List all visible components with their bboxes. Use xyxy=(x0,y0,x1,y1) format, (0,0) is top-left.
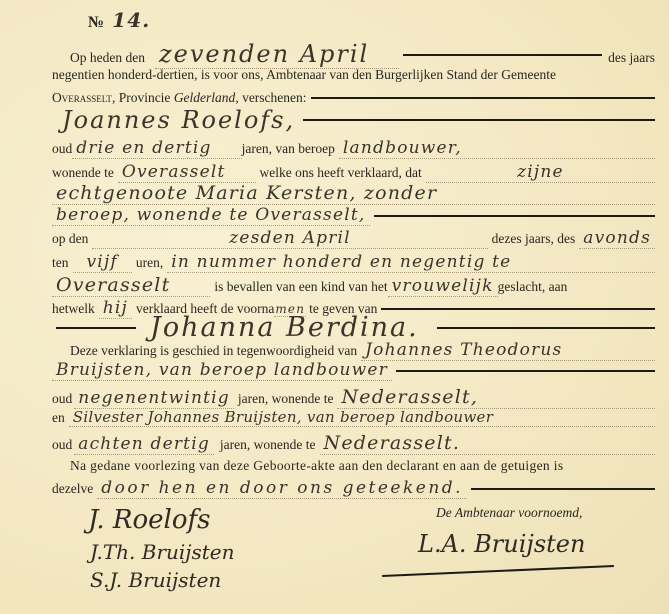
line-witness-1-age: oud negenentwintig jaren, wonende te Ned… xyxy=(52,386,655,409)
mother-residence: beroep, wonende te Overasselt, xyxy=(52,205,370,226)
fill-rule xyxy=(56,327,136,329)
municipality-name: Overasselt xyxy=(52,90,112,106)
fill-rule xyxy=(374,215,656,217)
line-municipality: Overasselt , Provincie Gelderland , vers… xyxy=(52,90,655,106)
declarant-age: drie en dertig xyxy=(72,138,241,159)
line-birth-hour: ten vijf uren, in nummer honderd en nege… xyxy=(52,252,655,273)
signature-witness-2: S.J. Bruijsten xyxy=(90,568,221,592)
province-name: Gelderland xyxy=(174,90,236,106)
declarant-name: Joannes Roelofs, xyxy=(58,106,299,134)
witness-2-residence: Nederasselt. xyxy=(320,432,655,455)
line-year-official: negentien honderd-dertien, is voor ons, … xyxy=(52,67,655,83)
line-declarant-age: oud drie en dertig jaren, van beroep lan… xyxy=(52,138,655,159)
printed-text: oud xyxy=(52,391,72,407)
line-witness-2: en Silvester Johannes Bruijsten, van ber… xyxy=(52,408,655,427)
birth-hour: vijf xyxy=(73,252,132,273)
printed-text: Op heden den xyxy=(70,50,145,66)
printed-text: oud xyxy=(52,141,72,157)
printed-text: welke ons heeft verklaard, dat xyxy=(260,165,422,181)
signature-underline xyxy=(382,565,614,577)
witness-2-name-occupation: Silvester Johannes Bruijsten, van beroep… xyxy=(69,408,655,427)
fill-rule xyxy=(303,119,655,121)
witness-1-residence: Nederasselt, xyxy=(337,386,655,409)
handwritten-text: zijne xyxy=(426,162,655,183)
child-sex: vrouwelijk xyxy=(388,276,498,297)
line-signed-statement: dezelve door hen en door ons geteekend. xyxy=(52,478,655,499)
fill-rule xyxy=(437,327,655,329)
printed-text: des jaars xyxy=(608,50,655,66)
certificate-number: № 14. xyxy=(88,8,154,32)
birth-place: in nummer honderd en negentig te xyxy=(167,252,655,273)
mother-name: echtgenoote Maria Kersten, zonder xyxy=(52,182,655,205)
birth-municipality: Overasselt xyxy=(52,274,210,297)
line-child-name: Johanna Berdina. xyxy=(52,312,655,343)
number-label: № xyxy=(88,14,104,31)
printed-text: oud xyxy=(52,437,72,453)
line-birth-date: op den zesden April dezes jaars, des avo… xyxy=(52,228,655,249)
printed-text: jaren, wonende te xyxy=(220,437,316,453)
printed-text: dezes jaars, des xyxy=(492,231,576,247)
birth-time-of-day: avonds xyxy=(579,228,655,249)
printed-text: en xyxy=(52,410,65,426)
printed-text: is bevallen van een kind van het xyxy=(214,279,387,295)
signature-official: L.A. Bruijsten xyxy=(418,530,585,558)
printed-text: jaren, van beroep xyxy=(242,141,335,157)
printed-text: geslacht, aan xyxy=(498,279,568,295)
signature-declarant: J. Roelofs xyxy=(88,505,210,535)
line-witness-2-age: oud achten dertig jaren, wonende te Nede… xyxy=(52,432,655,455)
line-child-sex: Overasselt is bevallen van een kind van … xyxy=(52,274,655,297)
line-declarant-name: Joannes Roelofs, xyxy=(58,106,655,134)
signing-statement: door hen en door ons geteekend. xyxy=(97,478,467,499)
birth-certificate-page: № 14. Op heden den zevenden April des ja… xyxy=(0,0,669,614)
witness-2-age: achten dertig xyxy=(74,434,214,455)
signature-witness-1: J.Th. Bruijsten xyxy=(90,540,235,564)
printed-text: negentien honderd-dertien, is voor ons, … xyxy=(52,67,556,83)
fill-rule xyxy=(311,97,655,99)
printed-text: , Provincie xyxy=(112,90,174,106)
fill-rule xyxy=(403,54,602,56)
line-witness-intro: Deze verklaring is geschied in tegenwoor… xyxy=(70,340,655,361)
witness-1-name: Johannes Theodorus xyxy=(361,340,655,361)
printed-text: Deze verklaring is geschied in tegenwoor… xyxy=(70,343,357,359)
printed-text: wonende te xyxy=(52,165,114,181)
witness-1-occupation: Bruijsten, van beroep landbouwer xyxy=(52,360,392,381)
line-date-declared: Op heden den zevenden April des jaars xyxy=(70,40,655,69)
number-value: 14. xyxy=(108,8,154,32)
handwritten-date: zevenden April xyxy=(155,40,399,69)
line-mother: echtgenoote Maria Kersten, zonder xyxy=(52,182,655,205)
printed-text: , verschenen: xyxy=(235,90,306,106)
witness-1-age: negenentwintig xyxy=(74,388,234,409)
fill-rule xyxy=(471,488,655,490)
printed-text: jaren, wonende te xyxy=(238,391,334,407)
line-reading-statement: Na gedane voorlezing van deze Geboorte-a… xyxy=(70,458,655,474)
birth-date: zesden April xyxy=(92,228,487,249)
line-mother-residence: beroep, wonende te Overasselt, xyxy=(52,205,655,226)
line-declarant-residence: wonende te Overasselt welke ons heeft ve… xyxy=(52,162,655,183)
official-title: De Ambtenaar voornoemd, xyxy=(436,505,582,521)
child-name: Johanna Berdina. xyxy=(146,312,423,343)
declarant-occupation: landbouwer, xyxy=(339,138,655,159)
fill-rule xyxy=(396,370,655,372)
fill-rule xyxy=(381,308,655,310)
printed-text: Na gedane voorlezing van deze Geboorte-a… xyxy=(70,458,563,474)
printed-text: dezelve xyxy=(52,481,93,497)
printed-text: op den xyxy=(52,231,88,247)
printed-text: ten xyxy=(52,255,69,271)
declarant-residence: Overasselt xyxy=(118,162,256,183)
printed-text: uren, xyxy=(136,255,163,271)
line-witness-1-occupation: Bruijsten, van beroep landbouwer xyxy=(52,360,655,381)
